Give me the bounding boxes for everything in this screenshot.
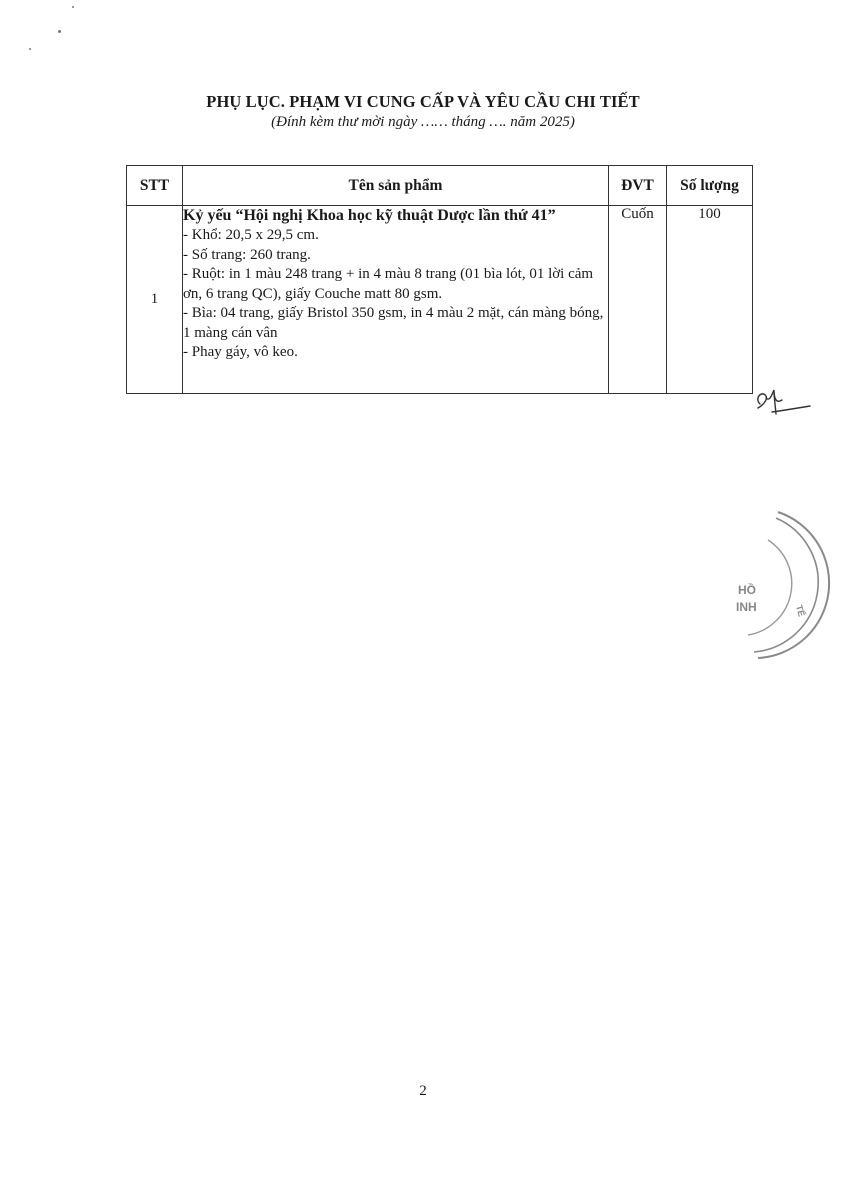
cell-stt: 1 (127, 206, 183, 394)
stamp-text: HỒ (738, 582, 756, 597)
stamp-text: INH (736, 600, 757, 614)
page-number: 2 (0, 1083, 846, 1100)
product-detail: - Phay gáy, vô keo. (183, 343, 608, 363)
scan-speck (72, 6, 74, 8)
signature-mark (752, 384, 822, 420)
document-title: PHỤ LỤC. PHẠM VI CUNG CẤP VÀ YÊU CẦU CHI… (0, 92, 846, 112)
product-detail: - Số trang: 260 trang. (183, 246, 608, 266)
product-title: Kỷ yếu “Hội nghị Khoa học kỹ thuật Dược … (183, 206, 608, 226)
scan-speck (29, 48, 31, 50)
table-header-row: STT Tên sản phẩm ĐVT Số lượng (127, 166, 753, 206)
scan-speck (58, 30, 61, 33)
stamp-text: TẾ (794, 604, 807, 618)
product-detail: - Ruột: in 1 màu 248 trang + in 4 màu 8 … (183, 265, 608, 304)
header-product-name: Tên sản phẩm (183, 166, 609, 206)
product-detail: - Bìa: 04 trang, giấy Bristol 350 gsm, i… (183, 304, 608, 343)
document-subtitle: (Đính kèm thư mời ngày …… tháng …. năm 2… (0, 113, 846, 132)
header-stt: STT (127, 166, 183, 206)
specification-table: STT Tên sản phẩm ĐVT Số lượng 1 Kỷ yếu “… (126, 165, 753, 394)
header-quantity: Số lượng (667, 166, 753, 206)
cell-quantity: 100 (667, 206, 753, 394)
cell-unit: Cuốn (609, 206, 667, 394)
header-unit: ĐVT (609, 166, 667, 206)
cell-product: Kỷ yếu “Hội nghị Khoa học kỹ thuật Dược … (183, 206, 609, 394)
product-detail: - Khổ: 20,5 x 29,5 cm. (183, 226, 608, 246)
document-header: PHỤ LỤC. PHẠM VI CUNG CẤP VÀ YÊU CẦU CHI… (0, 92, 846, 132)
official-stamp: HỒ INH TẾ (728, 510, 846, 660)
table-row: 1 Kỷ yếu “Hội nghị Khoa học kỹ thuật Dượ… (127, 206, 753, 394)
